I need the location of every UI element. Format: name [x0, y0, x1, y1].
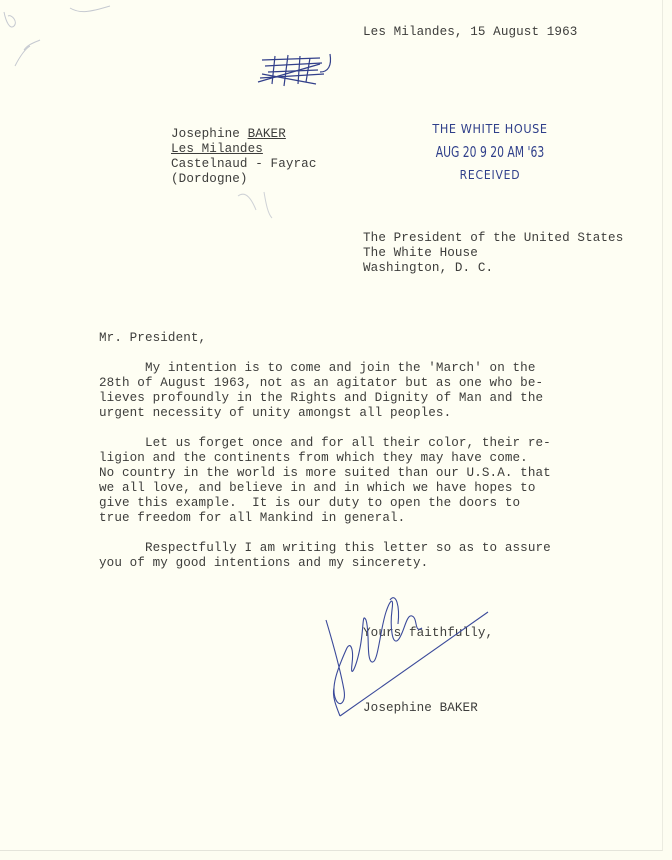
sender-estate: Les Milandes	[171, 142, 263, 157]
faint-pencil-mark-icon	[238, 192, 272, 218]
signature-icon	[326, 598, 488, 716]
white-house-received-stamp: THE WHITE HOUSE AUG 20 9 20 AM '63 RECEI…	[420, 118, 560, 186]
handwritten-marks	[0, 0, 672, 860]
stamp-date: AUG 20 9 20 AM '63	[434, 140, 546, 164]
sender-first-name: Josephine	[171, 127, 248, 141]
salutation: Mr. President,	[99, 331, 206, 346]
sender-region: (Dordogne)	[171, 172, 248, 187]
closing: Yours faithfully,	[363, 626, 493, 641]
letter-page: Les Milandes, 15 August 1963 Josephine B…	[0, 0, 663, 851]
recipient-line-1: The President of the United States	[363, 231, 623, 246]
stamp-received: RECEIVED	[420, 164, 560, 186]
typed-signature: Josephine BAKER	[363, 701, 478, 716]
sender-town: Castelnaud - Fayrac	[171, 157, 317, 172]
recipient-line-2: The White House	[363, 246, 478, 261]
paragraph-1: My intention is to come and join the 'Ma…	[99, 361, 543, 421]
recipient-line-3: Washington, D. C.	[363, 261, 493, 276]
dateline: Les Milandes, 15 August 1963	[363, 25, 577, 40]
paragraph-2: Let us forget once and for all their col…	[99, 436, 551, 526]
sender-name: Josephine BAKER	[171, 127, 286, 142]
pencil-scribble-icon	[4, 6, 110, 66]
crossed-out-number-icon	[258, 54, 331, 86]
paragraph-3: Respectfully I am writing this letter so…	[99, 541, 551, 571]
stamp-line-1: THE WHITE HOUSE	[420, 118, 560, 140]
sender-last-name: BAKER	[248, 127, 286, 141]
